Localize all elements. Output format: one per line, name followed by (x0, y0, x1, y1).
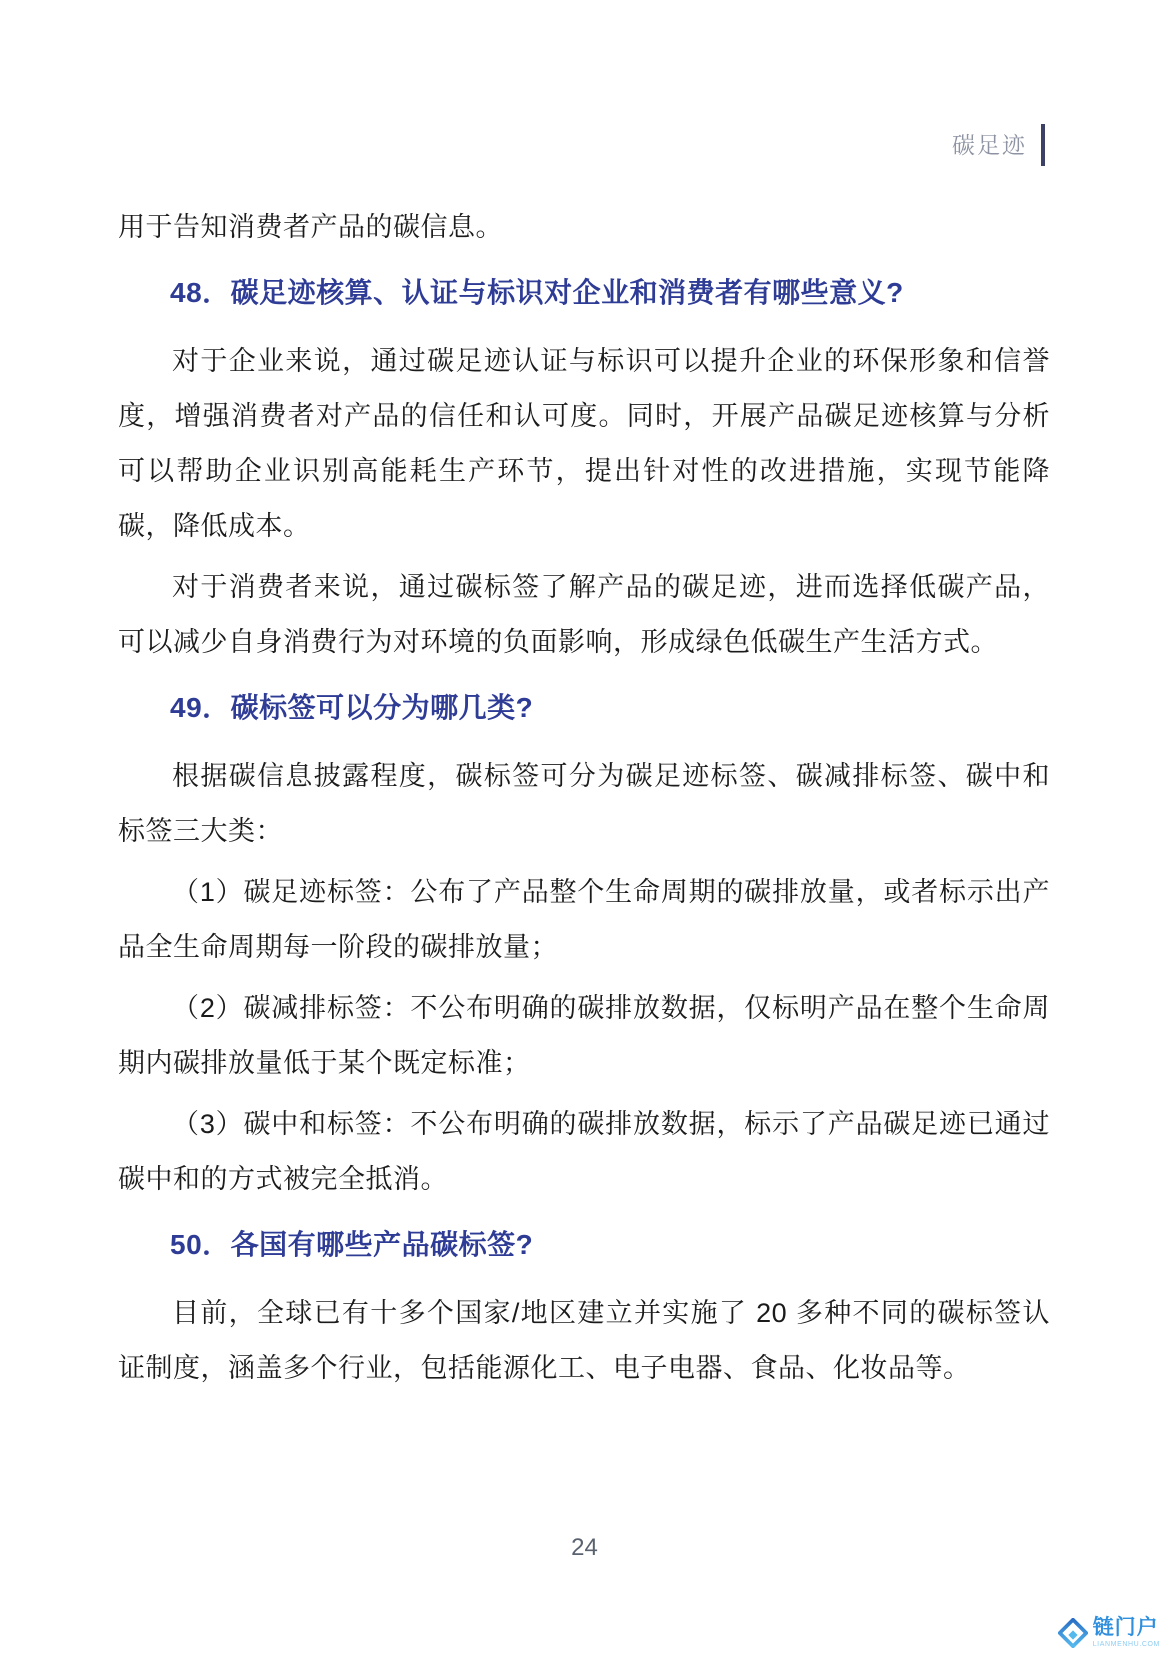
header-divider-bar (1041, 124, 1045, 166)
document-page: 碳足迹 用于告知消费者产品的碳信息。 48．碳足迹核算、认证与标识对企业和消费者… (0, 0, 1169, 1653)
site-logo: 链门户 LIANMENHU.COM (1058, 1617, 1160, 1648)
logo-text: 链门户 (1093, 1617, 1160, 1638)
paragraph-intro: 用于告知消费者产品的碳信息。 (118, 200, 1050, 255)
logo-domain: LIANMENHU.COM (1093, 1641, 1160, 1648)
paragraph: （3）碳中和标签：不公布明确的碳排放数据，标示了产品碳足迹已通过碳中和的方式被完… (118, 1097, 1050, 1207)
paragraph: （2）碳减排标签：不公布明确的碳排放数据，仅标明产品在整个生命周期内碳排放量低于… (118, 981, 1050, 1091)
paragraph: 目前，全球已有十多个国家/地区建立并实施了 20 多种不同的碳标签认证制度，涵盖… (118, 1286, 1050, 1396)
logo-text-block: 链门户 LIANMENHU.COM (1093, 1617, 1160, 1648)
paragraph: 对于企业来说，通过碳足迹认证与标识可以提升企业的环保形象和信誉度，增强消费者对产… (118, 334, 1050, 554)
lianmenhu-diamond-icon (1058, 1618, 1088, 1648)
paragraph: （1）碳足迹标签：公布了产品整个生命周期的碳排放量，或者标示出产品全生命周期每一… (118, 865, 1050, 975)
paragraph: 根据碳信息披露程度，碳标签可分为碳足迹标签、碳减排标签、碳中和标签三大类： (118, 749, 1050, 859)
section-heading-48: 48．碳足迹核算、认证与标识对企业和消费者有哪些意义? (118, 265, 1050, 320)
section-heading-49: 49．碳标签可以分为哪几类? (118, 680, 1050, 735)
page-header: 碳足迹 (952, 124, 1045, 166)
page-content: 用于告知消费者产品的碳信息。 48．碳足迹核算、认证与标识对企业和消费者有哪些意… (118, 200, 1050, 1402)
paragraph: 对于消费者来说，通过碳标签了解产品的碳足迹，进而选择低碳产品，可以减少自身消费行… (118, 560, 1050, 670)
header-section-label: 碳足迹 (952, 134, 1027, 157)
section-heading-50: 50．各国有哪些产品碳标签? (118, 1217, 1050, 1272)
page-number: 24 (0, 1534, 1169, 1562)
